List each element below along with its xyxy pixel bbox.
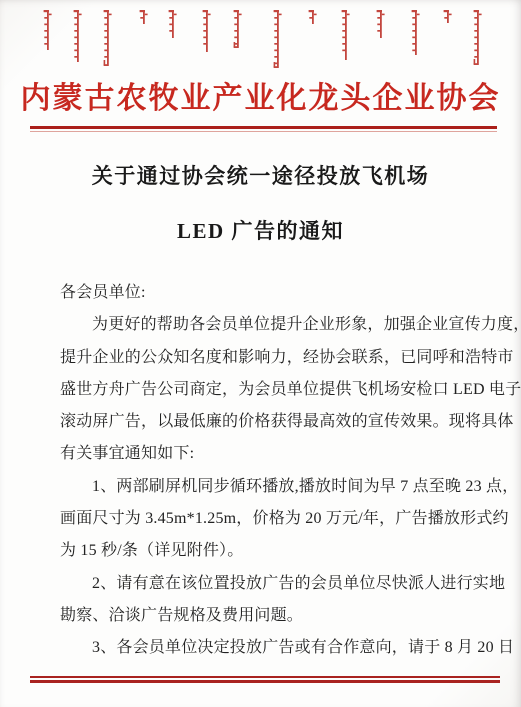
document-title-line1: 关于通过协会统一途径投放飞机场 xyxy=(0,160,521,190)
body-line: 盛世方舟广告公司商定，为会员单位提供飞机场安检口 LED 电子 xyxy=(60,374,496,406)
body-line: 有关事宜通知如下: xyxy=(60,438,496,470)
scanned-notice-page: 内蒙古农牧业产业化龙头企业协会 关于通过协会统一途径投放飞机场 LED 广告的通… xyxy=(0,0,521,707)
body-line: 滚动屏广告，以最低廉的价格获得最高效的宣传效果。现将具体 xyxy=(60,406,496,438)
document-body: 各会员单位: 为更好的帮助各会员单位提升企业形象，加强企业宣传力度，提升企业的公… xyxy=(60,277,496,665)
salutation: 各会员单位: xyxy=(60,277,496,309)
header-divider xyxy=(30,126,497,132)
body-line: 勘察、洽谈广告规格及费用问题。 xyxy=(60,600,496,632)
body-line: 3、各会员单位决定投放广告或有合作意向，请于 8 月 20 日 xyxy=(60,632,496,664)
organization-title: 内蒙古农牧业产业化龙头企业协会 xyxy=(0,73,521,117)
body-line: 提升企业的公众知名度和影响力，经协会联系，已同呼和浩特市 xyxy=(60,342,496,374)
footer-divider xyxy=(30,676,500,683)
mongolian-script-banner-icon xyxy=(0,0,521,78)
body-line: 画面尺寸为 3.45m*1.25m，价格为 20 万元/年，广告播放形式约 xyxy=(60,503,496,535)
body-line: 为 15 秒/条（详见附件）。 xyxy=(60,535,496,567)
body-line: 1、两部刷屏机同步循环播放,播放时间为早 7 点至晚 23 点， xyxy=(60,471,496,503)
body-line: 2、请有意在该位置投放广告的会员单位尽快派人进行实地 xyxy=(60,568,496,600)
document-title-line2: LED 广告的通知 xyxy=(0,215,521,245)
body-line: 为更好的帮助各会员单位提升企业形象，加强企业宣传力度， xyxy=(60,309,496,341)
